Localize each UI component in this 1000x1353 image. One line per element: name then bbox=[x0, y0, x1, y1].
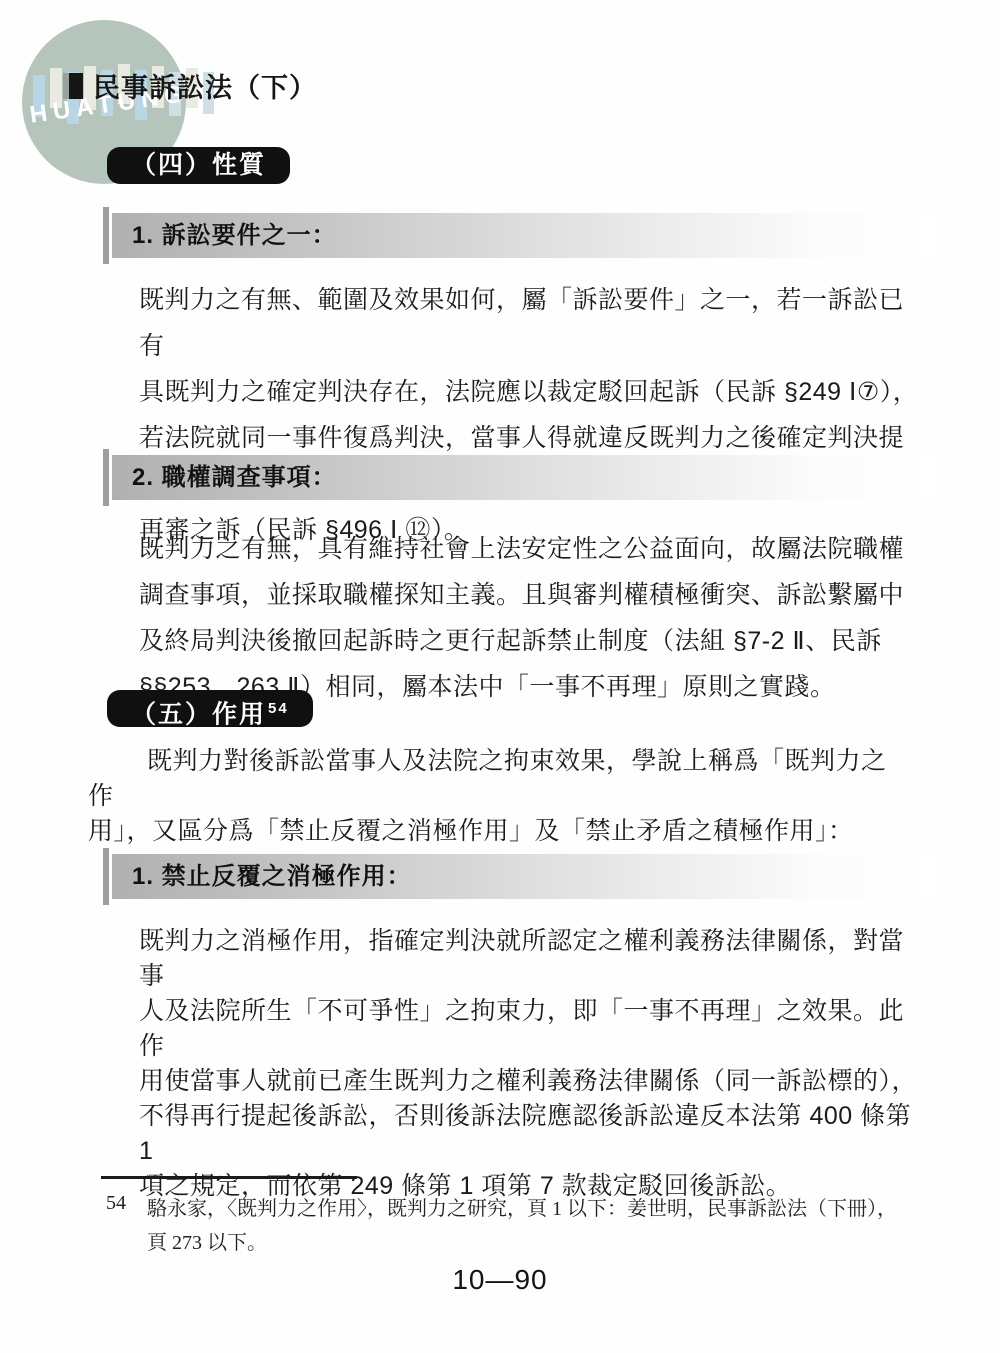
footnote-reference-54: 54 bbox=[268, 700, 289, 717]
heading-gradient-bg: 1. 訴訟要件之一： bbox=[112, 213, 935, 258]
footnote-separator bbox=[101, 1176, 357, 1179]
section-heading-4: （四）性質 bbox=[107, 147, 290, 184]
numbered-heading-1: 1. 訴訟要件之一： bbox=[0, 207, 1000, 265]
heading-accent-bar bbox=[103, 207, 109, 264]
paragraph-ex-officio-investigation: 既判力之有無，具有維持社會上法安定性之公益面向，故屬法院職權 調查事項，並採取職… bbox=[139, 526, 929, 710]
book-page: HUATUNG 民事訴訟法（下） （四）性質 1. 訴訟要件之一： 既判力之有無… bbox=[0, 0, 1000, 1353]
page-number: 10—90 bbox=[0, 1264, 1000, 1296]
heading-gradient-bg: 1. 禁止反覆之消極作用： bbox=[112, 854, 935, 899]
numbered-heading-3-label: 1. 禁止反覆之消極作用： bbox=[112, 854, 935, 899]
numbered-heading-2-label: 2. 職權調查事項： bbox=[112, 455, 935, 500]
page-header: 民事訴訟法（下） bbox=[63, 66, 317, 105]
book-title: 民事訴訟法（下） bbox=[93, 66, 317, 105]
square-bullet-icon bbox=[63, 73, 83, 99]
numbered-heading-3: 1. 禁止反覆之消極作用： bbox=[0, 848, 1000, 906]
paragraph-negative-effect: 既判力之消極作用，指確定判決就所認定之權利義務法律關係，對當事 人及法院所生「不… bbox=[139, 924, 929, 1204]
heading-gradient-bg: 2. 職權調查事項： bbox=[112, 455, 935, 500]
heading-accent-bar bbox=[103, 848, 109, 905]
paragraph-litigation-requirement: 既判力之有無、範圍及效果如何，屬「訴訟要件」之一，若一訴訟已有 具既判力之確定判… bbox=[139, 277, 929, 553]
numbered-heading-2: 2. 職權調查事項： bbox=[0, 449, 1000, 507]
footnote-text: 駱永家，〈既判力之作用〉，既判力之研究，頁 1 以下：姜世明，民事訴訟法（下冊）… bbox=[147, 1192, 927, 1260]
section-heading-4-label: （四）性質 bbox=[131, 151, 266, 179]
section-heading-5-label: （五）作用 bbox=[131, 700, 266, 728]
numbered-heading-1-label: 1. 訴訟要件之一： bbox=[112, 213, 935, 258]
footnote-number: 54 bbox=[106, 1192, 126, 1215]
paragraph-effect-intro: 既判力對後訴訟當事人及法院之拘束效果，學說上稱爲「既判力之作 用」，又區分爲「禁… bbox=[88, 744, 898, 849]
heading-accent-bar bbox=[103, 449, 109, 506]
section-heading-5: （五）作用54 bbox=[107, 690, 313, 727]
